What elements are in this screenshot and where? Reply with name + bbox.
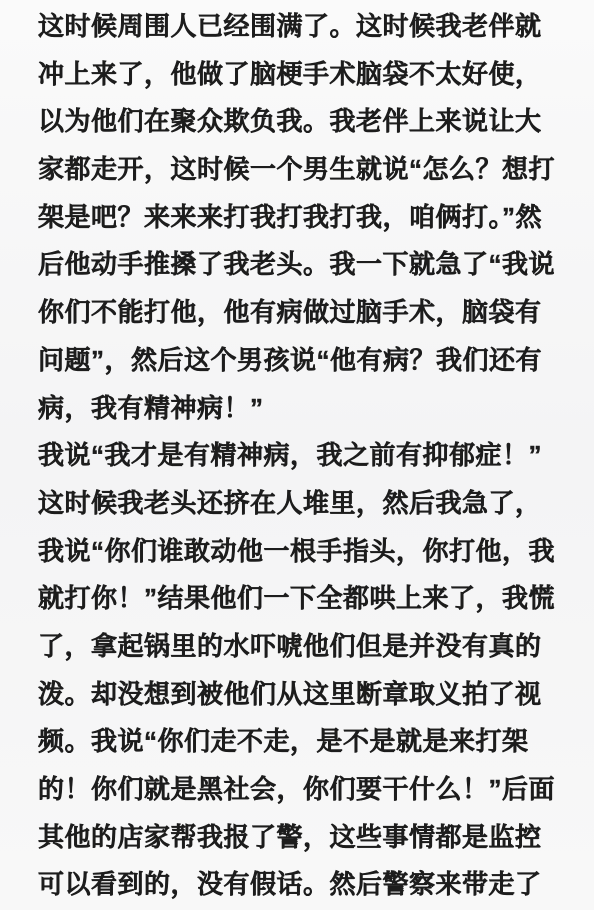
text-line: 就打你！”结果他们一下全都哄上来了，我慌 <box>38 575 568 623</box>
text-line: 我说“你们谁敢动他一根手指头，你打他，我 <box>38 528 568 576</box>
text-line: 冲上来了，他做了脑梗手术脑袋不太好使， <box>38 51 568 99</box>
text-screenshot-page: 这时候周围人已经围满了。这时候我老伴就 冲上来了，他做了脑梗手术脑袋不太好使， … <box>0 0 594 910</box>
text-line: 可以看到的，没有假话。然后警察来带走了 <box>38 861 568 909</box>
text-line: 问题”，然后这个男孩说“他有病？我们还有 <box>38 337 568 385</box>
text-line: 这时候周围人已经围满了。这时候我老伴就 <box>38 3 568 51</box>
text-line: 了，拿起锅里的水吓唬他们但是并没有真的 <box>38 623 568 671</box>
text-line: 频。我说“你们走不走，是不是就是来打架 <box>38 718 568 766</box>
text-line: 病，我有精神病！” <box>38 385 568 433</box>
text-line: 我说“我才是有精神病，我之前有抑郁症！” <box>38 432 568 480</box>
text-line: 这时候我老头还挤在人堆里，然后我急了， <box>38 480 568 528</box>
text-line: 架是吧？来来来打我打我打我，咱俩打。”然 <box>38 194 568 242</box>
text-line: 以为他们在聚众欺负我。我老伴上来说让大 <box>38 98 568 146</box>
text-line: 泼。却没想到被他们从这里断章取义拍了视 <box>38 671 568 719</box>
text-line: 你们不能打他，他有病做过脑手术，脑袋有 <box>38 289 568 337</box>
text-line: 的！你们就是黑社会，你们要干什么！”后面 <box>38 766 568 814</box>
text-line: 其他的店家帮我报了警，这些事情都是监控 <box>38 814 568 862</box>
text-line: 家都走开，这时候一个男生就说“怎么？想打 <box>38 146 568 194</box>
text-line: 后他动手推搡了我老头。我一下就急了“我说 <box>38 241 568 289</box>
